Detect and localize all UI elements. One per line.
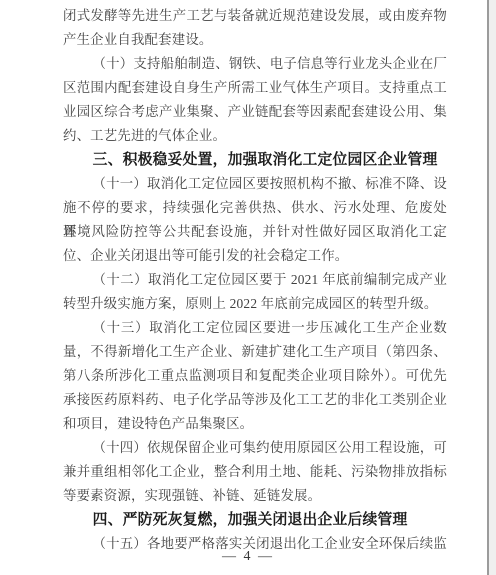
text-line: 约、工艺先进的气体企业。 (63, 124, 447, 148)
text-line: 量，不得新增化工生产企业、新建扩建化工生产项目（第四条、 (63, 340, 447, 364)
text-line: 承接医药原料药、电子化学品等涉及化工工艺的非化工类别企业 (63, 388, 447, 412)
text-line: （十二）取消化工定位园区要于 2021 年底前编制完成产业 (63, 268, 447, 292)
document-body: 闭式发酵等先进生产工艺与装备就近规范建设发展，或由废弃物产生企业自我配套建设。（… (63, 4, 447, 556)
text-line: 转型升级实施方案，原则上 2022 年底前完成园区的转型升级。 (63, 292, 447, 316)
text-line: 闭式发酵等先进生产工艺与装备就近规范建设发展，或由废弃物 (63, 4, 447, 28)
document-page: 闭式发酵等先进生产工艺与装备就近规范建设发展，或由废弃物产生企业自我配套建设。（… (0, 0, 496, 575)
section-heading: 三、积极稳妥处置，加强取消化工定位园区企业管理 (63, 148, 447, 172)
text-line: 兼并重组相邻化工企业，整合利用土地、能耗、污染物排放指标 (63, 460, 447, 484)
text-line: 环境风险防控等公共配套设施，并针对性做好园区取消化工定 (63, 220, 447, 244)
text-line: 区范围内配套建设自身生产所需工业气体生产项目。支持重点工 (63, 76, 447, 100)
text-line: （十）支持船舶制造、钢铁、电子信息等行业龙头企业在厂 (63, 52, 447, 76)
text-line: （十一）取消化工定位园区要按照机构不撤、标准不降、设 (63, 172, 447, 196)
page-number: — 4 — (0, 549, 496, 565)
text-line: 和项目，建设特色产品集聚区。 (63, 412, 447, 436)
page-edge-strip (489, 0, 496, 575)
section-heading: 四、严防死灰复燃，加强关闭退出企业后续管理 (63, 508, 447, 532)
text-line: 第八条所涉化工重点监测项目和复配类企业项目除外）。可优先 (63, 364, 447, 388)
text-line: 业园区综合考虑产业集聚、产业链配套等因素配套建设公用、集 (63, 100, 447, 124)
text-line: 施不停的要求，持续强化完善供热、供水、污水处理、危废处置、 (63, 196, 447, 220)
text-line: （十三）取消化工定位园区要进一步压减化工生产企业数 (63, 316, 447, 340)
text-line: 位、企业关闭退出等可能引发的社会稳定工作。 (63, 244, 447, 268)
text-line: 等要素资源，实现强链、补链、延链发展。 (63, 484, 447, 508)
text-line: 产生企业自我配套建设。 (63, 28, 447, 52)
text-line: （十四）依规保留企业可集约使用原园区公用工程设施，可 (63, 436, 447, 460)
page-edge-shadow (487, 0, 489, 575)
